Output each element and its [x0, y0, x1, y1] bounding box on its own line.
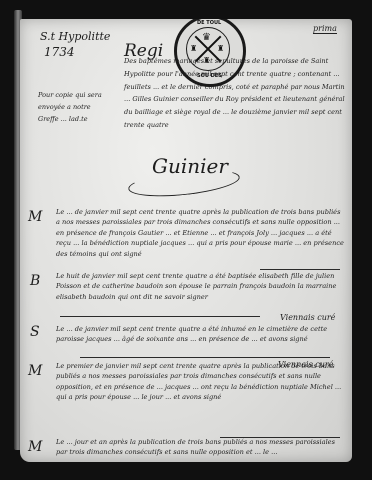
entry-text: Le ... de janvier mil sept cent trente q… — [56, 207, 346, 269]
page-marker: prima — [313, 25, 337, 34]
signature-flourish — [127, 165, 241, 201]
entry-type-marker: S — [30, 324, 40, 340]
entry-text: Le ... de janvier mil sept cent trente q… — [56, 324, 346, 356]
entry-signature: Viennais curé — [280, 313, 335, 322]
tower-icon: ♜ — [217, 44, 224, 53]
entry-type-marker: M — [28, 209, 42, 225]
intro-paragraph: Des baptêmes mariages et sepultures de l… — [124, 55, 346, 132]
entry-text: Le premier de janvier mil sept cent tren… — [56, 361, 346, 435]
crown-icon: ♛ — [202, 32, 211, 43]
entry-type-marker: M — [28, 439, 42, 455]
entry-text: Le ... jour et an après la publication d… — [56, 437, 346, 462]
entry-signature: Viennais curé — [278, 360, 333, 369]
divider-line — [80, 357, 330, 358]
entry-text: Le huit de janvier mil sept cent trente … — [56, 271, 346, 313]
register-page: S.t Hypolitte 1734 prima Regi DE TOUL SO… — [20, 19, 352, 462]
margin-note: Pour copie qui sera envoyée a notre Gref… — [38, 89, 110, 125]
year-heading: 1734 — [44, 46, 75, 58]
entry-type-marker: B — [30, 273, 40, 289]
divider-line — [60, 316, 260, 317]
seal-top-text: DE TOUL — [197, 20, 221, 26]
tower-icon: ♜ — [190, 44, 197, 53]
place-heading: S.t Hypolitte — [40, 31, 110, 42]
entry-type-marker: M — [28, 363, 42, 379]
divider-line — [260, 269, 340, 270]
